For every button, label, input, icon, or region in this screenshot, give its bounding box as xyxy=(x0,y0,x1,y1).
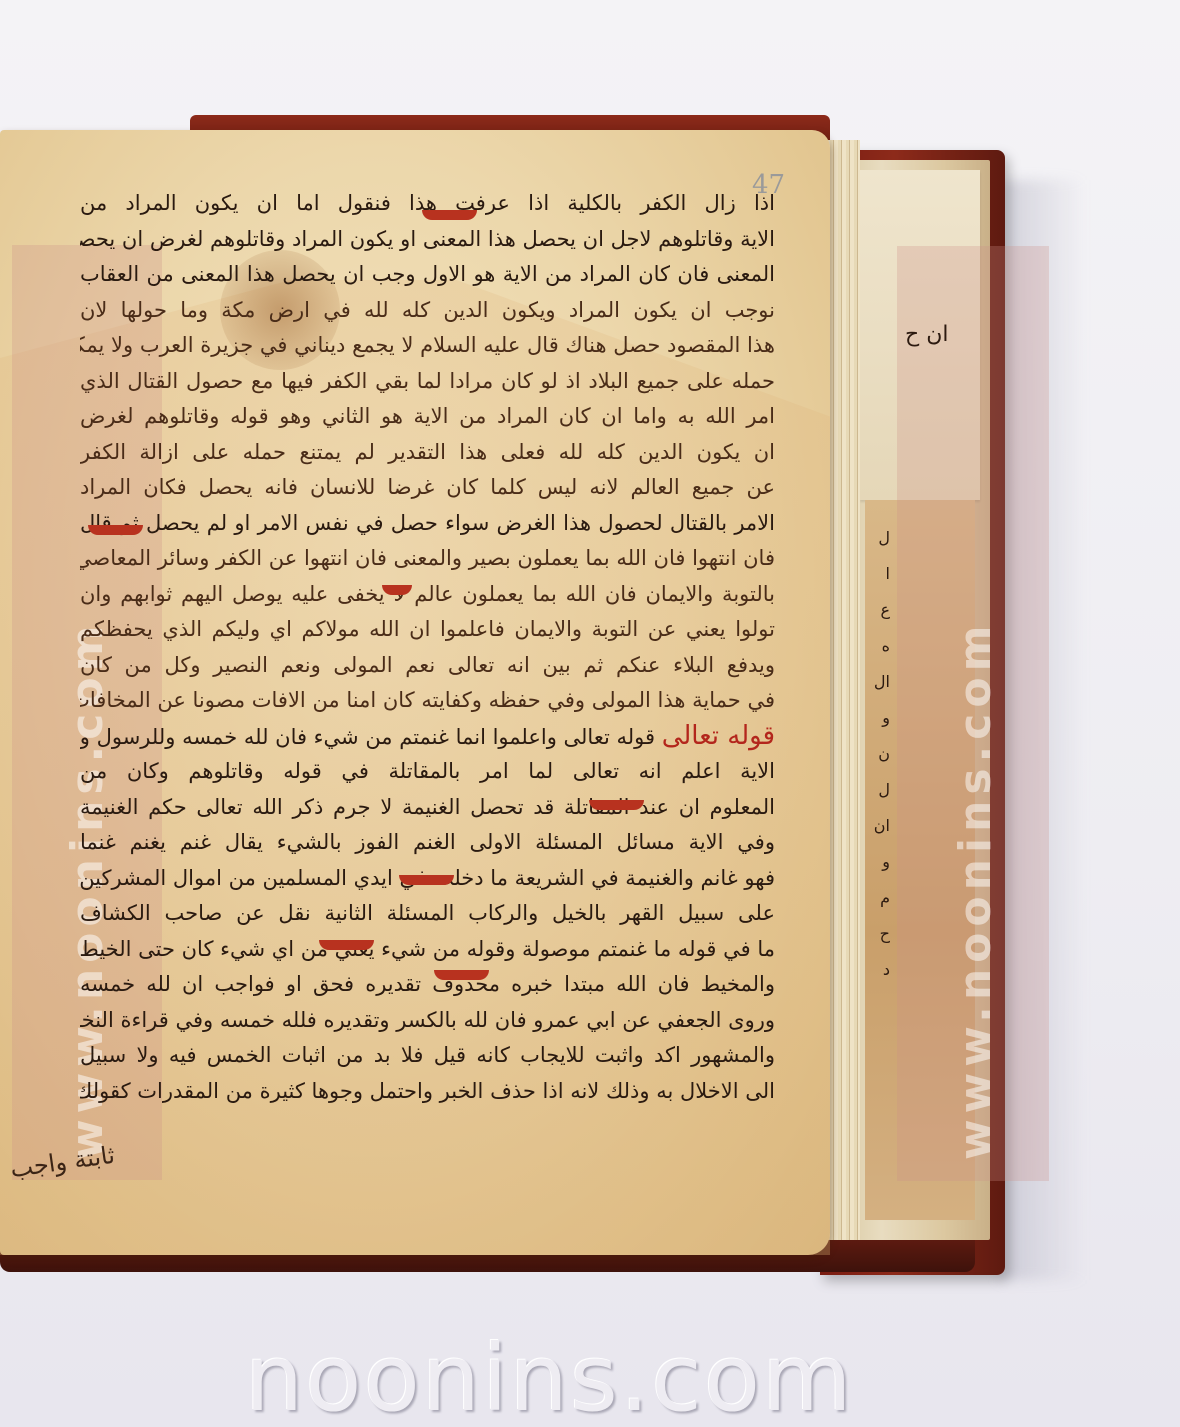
text-line: فان انتهوا فان الله بما يعملون بصير والم… xyxy=(80,541,775,577)
flyleaf-letter: و xyxy=(860,700,890,736)
flyleaf-letter: ان xyxy=(860,808,890,844)
flyleaf-letter: ا xyxy=(860,556,890,592)
red-overline-mark xyxy=(319,940,374,950)
red-overline-mark xyxy=(88,525,143,535)
flyleaf-letter-column: ل ا ع ه ال و ن ل ان و م ح د xyxy=(860,520,890,988)
flyleaf-letter: د xyxy=(860,952,890,988)
watermark-text-right: www.noonins.com xyxy=(950,260,1001,1160)
text-line: الى الاخلال به وذلك لانه اذا حذف الخبر و… xyxy=(80,1074,775,1110)
flyleaf-letter: ن xyxy=(860,736,890,772)
text-line: ان يكون الدين كله لله فعلى هذا التقدير ل… xyxy=(80,435,775,471)
flyleaf-letter: ه xyxy=(860,628,890,664)
text-line: الاية اعلم انه تعالى لما امر بالمقاتلة ف… xyxy=(80,754,775,790)
text-line-rubric: قوله تعالى قوله تعالى واعلموا انما غنمتم… xyxy=(80,719,775,755)
text-line: والمخيط فان الله مبتدا خبره محذوف تقديره… xyxy=(80,967,775,1003)
text-line: والمشهور اكد واثبت للايجاب كانه قيل فلا … xyxy=(80,1038,775,1074)
text-line: وروى الجعفي عن ابي عمرو فان لله بالكسر و… xyxy=(80,1003,775,1039)
flyleaf-letter: ح xyxy=(860,916,890,952)
text-line: قوله تعالى واعلموا انما غنمتم من شيء فان… xyxy=(80,725,655,749)
flyleaf-letter: ل xyxy=(860,520,890,556)
flyleaf-note: ان ح xyxy=(905,322,948,347)
text-line: وفي الاية مسائل المسئلة الاولى الغنم الف… xyxy=(80,825,775,861)
red-overline-mark xyxy=(434,970,489,980)
flyleaf-letter: ال xyxy=(860,664,890,700)
red-overline-mark xyxy=(399,875,454,885)
text-line: ما في قوله ما غنمتم موصولة وقوله من شيء … xyxy=(80,932,775,968)
red-overline-mark xyxy=(589,800,644,810)
text-line: المعلوم ان عند المقاتلة قد تحصل الغنيمة … xyxy=(80,790,775,826)
flyleaf-letter: م xyxy=(860,880,890,916)
text-line: نوجب ان يكون المراد ويكون الدين كله لله … xyxy=(80,293,775,329)
text-line: الاية وقاتلوهم لاجل ان يحصل هذا المعنى ا… xyxy=(80,222,775,258)
text-line: بالتوبة والايمان فان الله بما يعملون عال… xyxy=(80,577,775,613)
text-line: تولوا يعني عن التوبة والايمان فاعلموا ان… xyxy=(80,612,775,648)
text-line: امر الله به واما ان كان المراد من الاية … xyxy=(80,399,775,435)
manuscript-text: اذا زال الكفر بالكلية اذا عرفت هذا فنقول… xyxy=(80,186,775,1109)
text-line: حمله على جميع البلاد اذ لو كان مرادا لما… xyxy=(80,364,775,400)
text-line: المعنى فان كان المراد من الاية هو الاول … xyxy=(80,257,775,293)
red-overline-mark xyxy=(422,210,477,220)
text-line: في حماية هذا المولى وفي حفظه وكفايته كان… xyxy=(80,683,775,719)
rubric-heading: قوله تعالى xyxy=(662,721,775,751)
text-line: الامر بالقتال لحصول هذا الغرض سواء حصل ف… xyxy=(80,506,775,542)
text-line: ويدفع البلاء عنكم ثم بين انه تعالى نعم ا… xyxy=(80,648,775,684)
text-line: على سبيل القهر بالخيل والركاب المسئلة ال… xyxy=(80,896,775,932)
flyleaf-letter: ل xyxy=(860,772,890,808)
site-watermark: noonins.com xyxy=(245,1325,854,1427)
text-line: عن جميع العالم لانه ليس كلما كان غرضا لل… xyxy=(80,470,775,506)
text-line: هذا المقصود حصل هناك قال عليه السلام لا … xyxy=(80,328,775,364)
flyleaf-letter: و xyxy=(860,844,890,880)
flyleaf-letter: ع xyxy=(860,592,890,628)
